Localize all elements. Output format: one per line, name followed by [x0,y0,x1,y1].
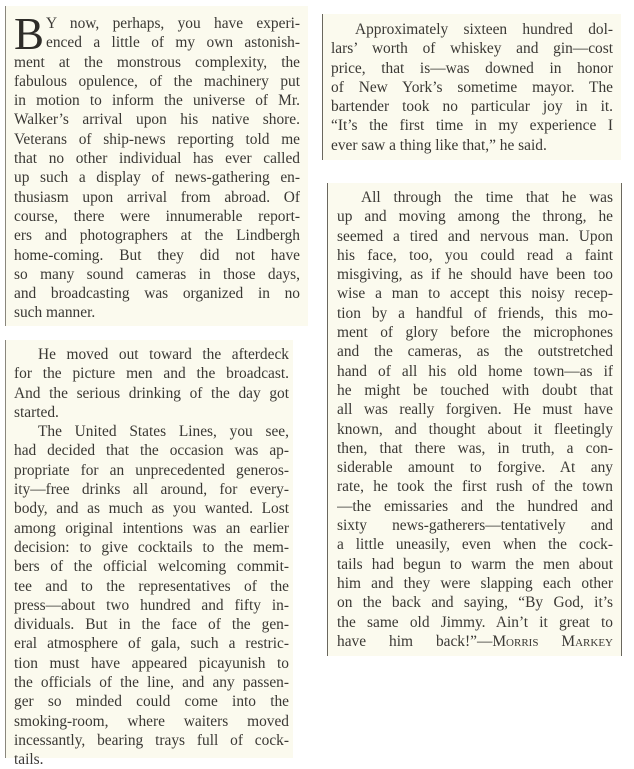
text-line: wise a man to accept this noisy recep- [337,284,613,303]
text-line: for the picture men and the broadcast. [14,364,289,383]
article-clipping-2: He moved out toward the afterdeck for th… [5,340,293,758]
text-line-with-byline: have him back!”—Morris Markey [337,632,613,651]
text-line: dividuals. But in the face of the gen- [14,615,289,634]
text-line: on the back and saying, “By God, it’s [337,593,613,612]
text-line: ers and photographers at the Lindbergh [14,226,300,245]
text-line: —the emissaries and the hundred and [337,497,613,516]
text-line: started. [14,403,289,422]
text-line: in motion to inform the universe of Mr. [14,91,300,110]
text-line: tails had begun to warm the men about [337,555,613,574]
text-line: eral atmosphere of gala, such a restric- [14,634,289,653]
text-line: among original intentions was an earlier [14,519,289,538]
text-line: that no other individual has ever called [14,149,300,168]
text-line: tails. [14,750,289,769]
text-line: such manner. [14,303,300,322]
text-line: siderable amount to forgive. At any [337,458,613,477]
text-line: body, and as much as you wanted. Lost [14,499,289,518]
paragraph: The United States Lines, you see, had de… [14,422,289,769]
text-line: sixty news-gatherers—tentatively and [337,516,613,535]
article-clipping-3: Approximately sixteen hundred dol- lars’… [322,14,621,160]
paragraph: He moved out toward the afterdeck for th… [14,345,289,422]
text-line: all was really forgiven. He must have [337,400,613,419]
text-line: he might be touched with doubt that [337,381,613,400]
text-line: ment of glory before the microphones [337,323,613,342]
text-line: up such a display of news-gathering en- [14,168,300,187]
text-line: Approximately sixteen hundred dol- [331,20,613,39]
text-line: ment at the monstrous complexity, the [14,53,300,72]
text-line: the same old Jimmy. Ain’t it great to [337,613,613,632]
drop-cap: B [14,16,44,52]
text-line: tee and to the representatives of the [14,577,289,596]
text-line: had decided that the occasion was ap- [14,441,289,460]
text-line: decision: to give cocktails to the mem- [14,538,289,557]
text-line: ever saw a thing like that,” he said. [331,136,613,155]
text-line: misgiving, as if he should have been too [337,265,613,284]
text-line: thusiasm upon arrival from abroad. Of [14,188,300,207]
text-line: All through the time that he was [337,188,613,207]
text-line: bartender took no particular joy in it. [331,97,613,116]
text-line: ity—free drinks all around, for every- [14,480,289,499]
author-byline: Morris Markey [492,633,613,650]
text-line: Y now, perhaps, you have experi- [46,14,300,33]
text-line: then, that there was, in truth, a con- [337,439,613,458]
text-line: “It’s the first time in my experience I [331,116,613,135]
text-line: price, that is—was downed in honor [331,59,613,78]
text-line: fabulous opulence, of the machinery put [14,72,300,91]
text-line: bers of the official welcoming commit- [14,557,289,576]
text-line: tion must have appeared picayunish to [14,654,289,673]
article-clipping-4: All through the time that he was up and … [327,183,622,656]
text-line: the officials of the line, and any passe… [14,673,289,692]
article-clipping-1: B Y now, perhaps, you have experi- enced… [5,6,308,326]
text-line: He moved out toward the afterdeck [14,345,289,364]
text-fragment: have him back!”— [337,633,492,650]
text-line: incessantly, bearing trays full of cock- [14,731,289,750]
text-line: seemed a tired and nervous man. Upon [337,227,613,246]
text-line: The United States Lines, you see, [14,422,289,441]
text-line: course, there were innumerable report- [14,207,300,226]
text-line: tion by a handful of friends, this mo- [337,304,613,323]
text-line: press—about two hundred and fifty in- [14,596,289,615]
text-line: up and moving among the throng, he [337,207,613,226]
text-line: rate, he took the first rush of the town [337,477,613,496]
text-line: and broadcasting was organized in no [14,284,300,303]
text-line: home-coming. But they did not have [14,246,300,265]
text-line: and the cameras, as the outstretched [337,342,613,361]
text-line: propriate for an unprecedented generos- [14,461,289,480]
text-line: so many sound cameras in those days, [14,265,300,284]
text-line: Veterans of ship-news reporting told me [14,130,300,149]
text-line: And the serious drinking of the day got [14,384,289,403]
text-line: him and they were slapping each other [337,574,613,593]
text-line: Walker’s arrival upon his native shore. [14,110,300,129]
text-line: of New York’s sometime mayor. The [331,78,613,97]
text-line: lars’ worth of whiskey and gin—cost [331,39,613,58]
text-line: his face, too, you could read a faint [337,246,613,265]
text-line: ger so minded could come into the [14,692,289,711]
text-line: enced a little of my own astonish- [46,33,300,52]
text-line: a little uneasily, even when the cock- [337,535,613,554]
text-line: smoking-room, where waiters moved [14,712,289,731]
text-line: hand of all his old home town—as if [337,362,613,381]
text-line: known, and thought about it fleetingly [337,420,613,439]
